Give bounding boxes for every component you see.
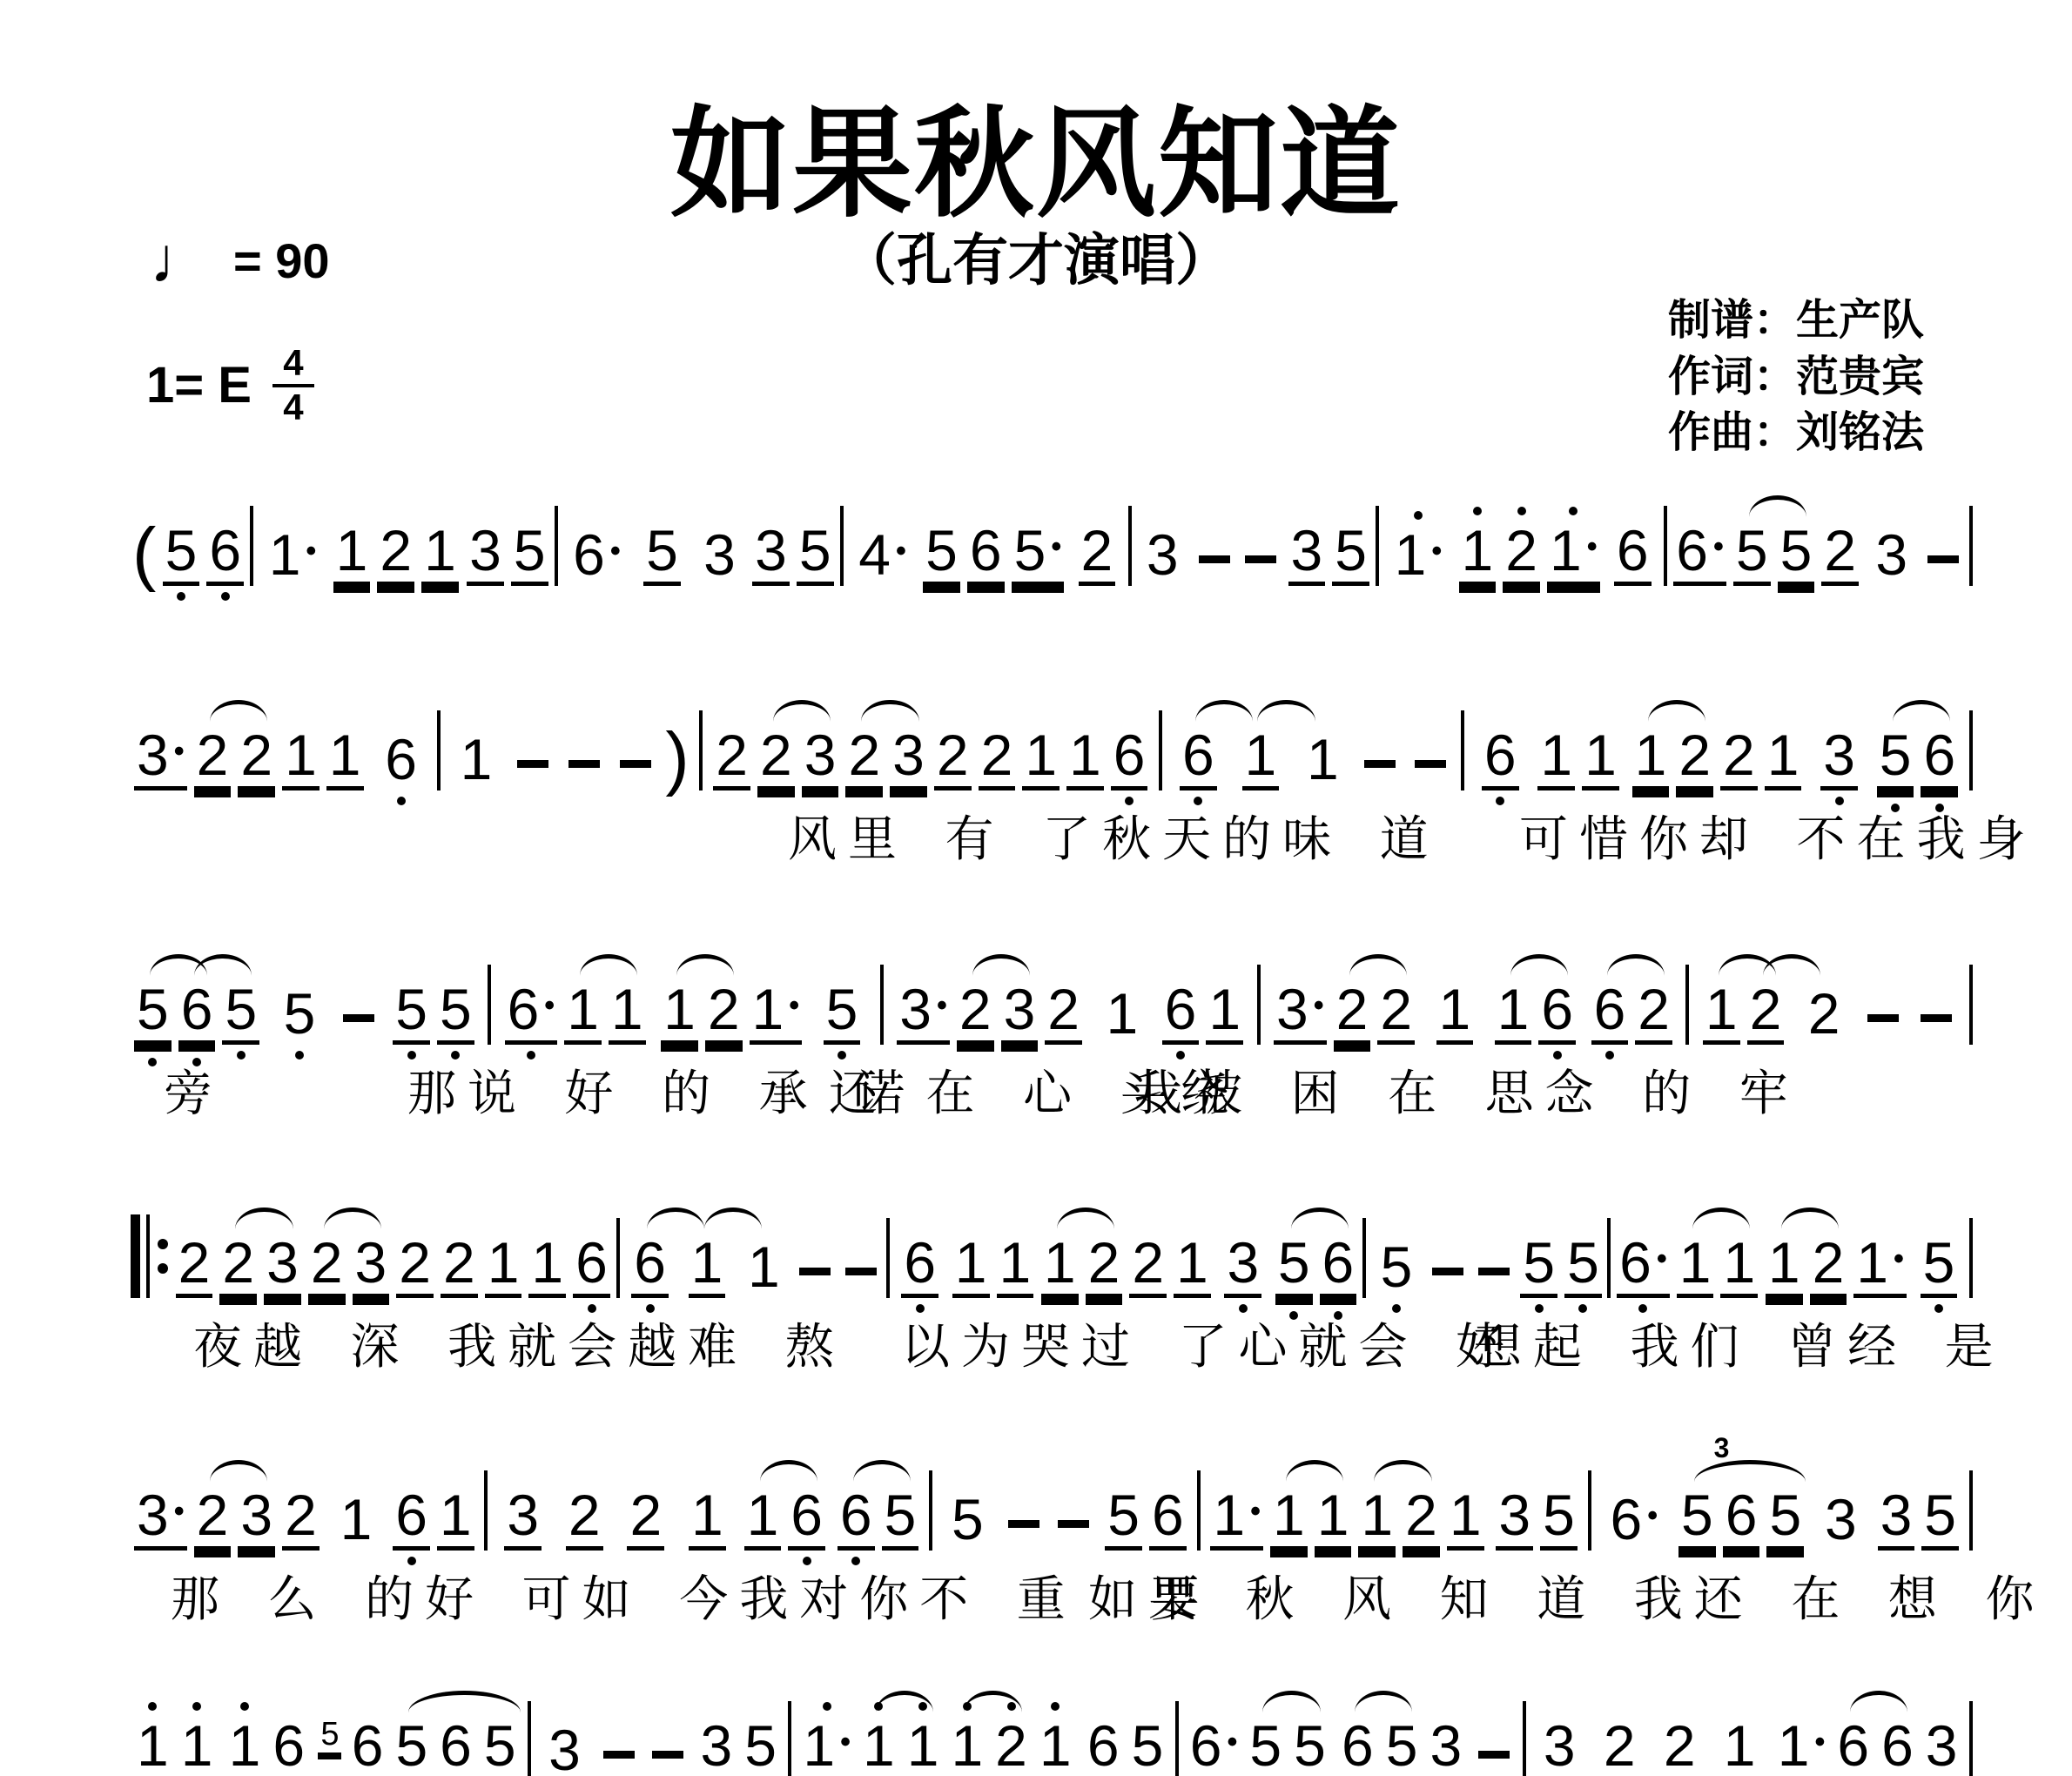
lyrics-line: 夜越 深 我就会越难 熬以为哭过 了心就会 好想起 我们 曾经 是: [0, 1308, 2072, 1371]
note: 6: [1320, 1232, 1357, 1298]
notation-line: 3•232161322116655561•11121356•5365335: [131, 1474, 1974, 1551]
note: 3: [890, 724, 927, 790]
note: 5: [1877, 724, 1914, 790]
note: 5: [1766, 1484, 1804, 1551]
notation-system: 223232211661161112213565556•11121•5夜越 深 …: [0, 1221, 2072, 1298]
beam-group: 56: [1272, 1232, 1360, 1298]
note: 2: [308, 1232, 346, 1298]
beam-group: 16: [1491, 979, 1579, 1045]
octave-dot-below-icon: [221, 592, 230, 601]
augmentation-dot-icon: •: [840, 1726, 851, 1759]
beam-group: 6•11: [501, 979, 649, 1045]
note: 3: [1923, 1715, 1961, 1776]
tie-slur-icon: [1257, 700, 1315, 722]
augmentation-dot-icon: •: [1314, 989, 1324, 1022]
note: 1: [1459, 520, 1497, 586]
note: 6: [349, 1715, 387, 1776]
barline-icon: [1362, 1218, 1366, 1298]
barline-icon: [528, 1701, 531, 1776]
tie-slur-icon: [972, 954, 1030, 976]
beam-group: 3•232: [893, 979, 1086, 1045]
lyrics-segment: 我被 困 在 思念 的 牢: [1134, 1055, 1800, 1125]
note: 6: [1085, 1715, 1122, 1776]
note: 2: [1676, 724, 1713, 790]
lyrics-segment: 可惜你却 不在我身: [1519, 801, 2037, 871]
tie-slur-icon: [1893, 700, 1950, 722]
note: 5: [1275, 1232, 1313, 1298]
note: 2: [176, 1232, 213, 1298]
lyrics-segment: 风里 有 了秋天的味 道: [788, 801, 1440, 871]
note: 5: [511, 520, 548, 586]
note: 1: [997, 1232, 1034, 1298]
note: 5: [882, 1484, 919, 1551]
tie-slur-icon: [1692, 1208, 1750, 1229]
dash-note-icon: [1478, 1268, 1510, 1275]
tie-slur-icon: [1850, 1691, 1907, 1712]
barline-icon: [880, 965, 884, 1045]
octave-dot-above-icon: [192, 1702, 201, 1711]
note: 2: [396, 1232, 434, 1298]
credit-composer: 作曲：刘铭法: [1668, 405, 1924, 461]
dash-note-icon: [1364, 760, 1396, 768]
note: 1: [282, 724, 320, 790]
note: 1: [1495, 979, 1532, 1045]
note: 5: [1129, 1715, 1167, 1776]
barline-icon: [1664, 506, 1667, 586]
note: 3: [353, 1232, 390, 1298]
octave-dot-above-icon: [148, 1702, 157, 1711]
dash-note-icon: [1927, 555, 1959, 563]
note: 5: [1520, 1232, 1557, 1298]
dash-note-icon: [1245, 555, 1276, 563]
barline-icon: [1607, 1218, 1611, 1298]
tie-slur-icon: [853, 1460, 911, 1482]
time-denominator: 4: [283, 389, 303, 427]
note: 1: [948, 1715, 986, 1776]
note: 5: [1332, 520, 1369, 586]
lyrics-line: 风里 有 了秋天的味 道可惜你却 不在我身: [0, 801, 2072, 864]
note: 2: [757, 724, 795, 790]
octave-dot-above-icon: [1051, 1702, 1060, 1711]
augmentation-dot-icon: •: [544, 989, 555, 1022]
note: 6: [206, 520, 244, 586]
notation-line: 5655556•11121•53•2321613•2211662122: [131, 968, 1974, 1045]
tie-slur-icon: [1749, 495, 1806, 517]
note: 5: [1378, 1236, 1416, 1298]
note: 3•: [1274, 979, 1327, 1045]
note: 6: [1834, 1715, 1872, 1776]
note: 5: [1383, 1715, 1421, 1776]
note: 3: [1496, 1484, 1533, 1551]
note: 1: [1206, 979, 1243, 1045]
note: 2: [1045, 979, 1082, 1045]
note: 1: [661, 979, 698, 1045]
notation-system: 3•232161322116655561•11121356•5365335那 么…: [0, 1474, 2072, 1551]
beam-group: 35: [749, 520, 837, 586]
note: 6: [967, 520, 1005, 586]
note: 6: [901, 1232, 938, 1298]
beam-group: 121•: [657, 979, 805, 1045]
note: 3: [546, 1719, 583, 1776]
tie-slur-icon: [1694, 1460, 1806, 1482]
dash-note-icon: [568, 760, 600, 768]
dash-note-icon: [1432, 1268, 1463, 1275]
beam-group: 11: [949, 1232, 1037, 1298]
barline-icon: [1175, 1701, 1179, 1776]
quarter-note-icon: ♩: [150, 228, 214, 293]
tie-slur-icon: [1291, 1208, 1349, 1229]
note: 5: [1921, 1232, 1958, 1298]
notation-system: 1116565653351•11121656•5565332211•663: [0, 1705, 2072, 1776]
tempo-marking: ♩ = 90: [150, 228, 330, 293]
note: 6•: [1617, 1232, 1670, 1298]
note: 5: [643, 520, 681, 586]
tie-slur-icon: [1781, 1208, 1839, 1229]
octave-dot-above-icon: [918, 1702, 927, 1711]
beam-group: 16: [741, 1484, 829, 1551]
note: 3: [238, 1484, 275, 1551]
note: 6: [1149, 1484, 1187, 1551]
note: 2: [1601, 1715, 1638, 1776]
beam-group: 565•: [919, 520, 1067, 586]
barline-icon: [929, 1470, 932, 1551]
notation-system: 3•221161)22323221166116111221356风里 有 了秋天…: [0, 714, 2072, 790]
octave-dot-below-icon: [177, 592, 185, 601]
note: 5: [797, 520, 834, 586]
note: 2: [705, 979, 743, 1045]
note: 2: [1129, 1232, 1167, 1298]
note: 6: [788, 1484, 825, 1551]
barline-icon: [1969, 1470, 1973, 1551]
note: 5: [1921, 1484, 1959, 1551]
note: 5: [1291, 1715, 1329, 1776]
note: 3: [1224, 1232, 1261, 1298]
beam-group: 1•11121: [1207, 1484, 1487, 1551]
note: 3: [1822, 1489, 1860, 1551]
note: 6: [382, 729, 420, 790]
note: 3: [1820, 724, 1858, 790]
beam-group: 61: [1159, 979, 1247, 1045]
tie-slur-icon: [235, 1208, 293, 1229]
note: 6: [838, 1484, 875, 1551]
note: 6: [1723, 1484, 1760, 1551]
beam-group: 62: [1588, 979, 1676, 1045]
note: 5: [949, 1489, 986, 1551]
note: 6: [270, 1715, 307, 1776]
note: 6: [437, 1715, 474, 1776]
barline-icon: [555, 506, 558, 586]
augmentation-dot-icon: •: [1647, 1499, 1658, 1532]
note: 1: [689, 1484, 726, 1551]
note: 1: [226, 1715, 264, 1776]
note: 5: [1105, 1484, 1142, 1551]
beam-group: 61: [389, 1484, 477, 1551]
barline-icon: [1257, 965, 1261, 1045]
beam-group: 35: [1492, 1484, 1580, 1551]
dash-note-icon: [1415, 760, 1446, 768]
note: 3: [697, 1715, 735, 1776]
augmentation-dot-icon: •: [1227, 1726, 1237, 1759]
credits-block: 制谱：生产队 作词：范贵宾 作曲：刘铭法: [1668, 293, 1924, 461]
note: 3•: [897, 979, 950, 1045]
note: 1: [458, 729, 495, 790]
augmentation-dot-icon: •: [1894, 1242, 1904, 1275]
octave-dot-above-icon: [823, 1702, 831, 1711]
barline-icon: [1969, 1218, 1973, 1298]
note: 1: [689, 1232, 726, 1298]
barline-icon: [1969, 965, 1973, 1045]
note: 1•: [1392, 524, 1445, 586]
note: 5: [222, 979, 259, 1045]
note: 6•: [1608, 1489, 1661, 1551]
sheet-music-page: { "title": "如果秋风知道", "subtitle": "（孔有才演唱…: [0, 0, 2072, 1776]
augmentation-dot-icon: •: [610, 535, 621, 568]
note: 6•: [1673, 520, 1726, 586]
note: 3: [701, 524, 738, 586]
dash-note-icon: [1058, 1520, 1089, 1528]
credit-arranger: 制谱：生产队: [1668, 293, 1924, 349]
note: 1: [1720, 1232, 1758, 1298]
beam-group: 3•2211: [131, 724, 367, 790]
note: 1: [437, 1484, 474, 1551]
note: 1: [338, 1489, 375, 1551]
note: 6: [1921, 724, 1958, 790]
note: 6: [1614, 520, 1652, 586]
note: 6: [1162, 979, 1200, 1045]
note: 2: [992, 1715, 1030, 1776]
note: 2: [1635, 979, 1672, 1045]
tie-slur-icon: [676, 954, 734, 976]
notation-line: (561•121356•53354•565•23351•121•66•5523: [131, 509, 1974, 586]
key-value: 1= E: [146, 356, 252, 414]
note: 1•: [1210, 1484, 1263, 1551]
note: 1: [1315, 1484, 1352, 1551]
page-title: 如果秋风知道: [0, 68, 2072, 240]
beam-group: 2232322116: [172, 1232, 614, 1298]
note: 1: [905, 1715, 942, 1776]
augmentation-dot-icon: •: [306, 535, 316, 568]
tie-slur-icon: [210, 700, 267, 722]
barline-icon: [1376, 506, 1379, 586]
note: 1•: [266, 524, 320, 586]
beam-group: 65: [834, 1484, 922, 1551]
tie-slur-icon: [1648, 700, 1705, 722]
note: 1: [1041, 1232, 1079, 1298]
beam-group: 35: [1874, 1484, 1962, 1551]
tie-slur-icon: [1262, 1691, 1320, 1712]
note: 2: [1810, 1232, 1847, 1298]
note: 5: [134, 979, 172, 1045]
note: 2: [1334, 979, 1371, 1045]
note: 2: [1377, 979, 1415, 1045]
note: 2: [713, 724, 750, 790]
note: 1: [333, 520, 371, 586]
note: 1: [485, 1232, 522, 1298]
note: 6: [1482, 724, 1519, 790]
credit-lyricist: 作词：范贵宾: [1668, 349, 1924, 406]
note: 6•: [1187, 1715, 1241, 1776]
barline-icon: [1523, 1701, 1526, 1776]
note: 6: [631, 1232, 669, 1298]
time-signature: 4 4: [272, 345, 314, 427]
beam-group: 35: [694, 1715, 782, 1776]
octave-dot-above-icon: [240, 1702, 249, 1711]
tie-slur-icon: [1763, 954, 1820, 976]
tie-slur-icon: [210, 1460, 267, 1482]
note: 1: [1242, 724, 1280, 790]
note: 2: [934, 724, 972, 790]
note: 1: [1582, 724, 1619, 790]
barline-icon: [1197, 1470, 1201, 1551]
barline-icon: [840, 506, 844, 586]
augmentation-dot-icon: •: [174, 1495, 185, 1528]
tempo-value: = 90: [233, 232, 330, 289]
lyrics-segment: 如果 秋 风 知 道 我还 在 想 你 他会: [1088, 1561, 2072, 1631]
note: 6: [573, 1232, 610, 1298]
note: 1: [564, 979, 602, 1045]
lyrics-line: 旁那说 好 的 承 诺还 在 心 头绕我被 困 在 思念 的 牢: [0, 1055, 2072, 1118]
octave-dot-above-icon: [1517, 507, 1526, 515]
note: 1•: [1547, 520, 1600, 586]
note: 2: [1821, 520, 1859, 586]
note: 5: [1778, 520, 1815, 586]
lyrics-segment: 夜越 深 我就会越难 熬: [193, 1308, 845, 1378]
note: 5•: [1012, 520, 1065, 586]
note: 6: [1538, 979, 1576, 1045]
barline-icon: [1461, 710, 1464, 790]
beam-group: 565: [131, 979, 263, 1045]
barline-icon: [437, 710, 441, 790]
dash-note-icon: [1478, 1751, 1510, 1759]
note: 3: [1427, 1715, 1464, 1776]
barline-icon: [1969, 1701, 1973, 1776]
note: 1: [1537, 724, 1575, 790]
augmentation-dot-icon: •: [1814, 1726, 1825, 1759]
note: 2: [979, 724, 1016, 790]
note: 3•: [134, 1484, 187, 1551]
note: 1•: [1775, 1715, 1828, 1776]
beam-group: 35: [1285, 520, 1373, 586]
tie-slur-icon: [861, 700, 918, 722]
note: 3: [1144, 524, 1181, 586]
note: 2: [845, 724, 883, 790]
note: 3: [802, 724, 839, 790]
beam-group: 11: [131, 1715, 219, 1776]
beam-group: 56: [159, 520, 247, 586]
note: 1•: [800, 1715, 853, 1776]
dash-note-icon: [603, 1751, 635, 1759]
beam-group: 6•552: [1670, 520, 1862, 586]
beam-group: 11: [1534, 724, 1622, 790]
note: 1: [1703, 979, 1740, 1045]
augmentation-dot-icon: •: [174, 735, 185, 768]
dash-note-icon: [652, 1751, 683, 1759]
octave-dot-above-icon: [1473, 507, 1482, 515]
note: 3: [752, 520, 790, 586]
beam-group: 1•11121: [797, 1715, 1077, 1776]
lyrics-segment: 以为哭过 了心就会 好: [901, 1308, 1516, 1378]
note: 1: [744, 1484, 782, 1551]
time-numerator: 4: [283, 345, 303, 382]
note: 1: [1436, 979, 1474, 1045]
tie-slur-icon: [580, 954, 637, 976]
notation-line: 1116565653351•11121656•5565332211•663: [131, 1705, 1974, 1776]
note: 1•: [1853, 1232, 1907, 1298]
beam-group: 121: [330, 520, 462, 586]
dash-note-icon: [845, 1268, 877, 1275]
note: 1: [609, 979, 646, 1045]
note: 1: [1103, 983, 1140, 1045]
beam-group: 3•232: [131, 1484, 323, 1551]
note: 2: [282, 1484, 320, 1551]
beam-group: 16: [223, 1715, 311, 1776]
note: 53: [1678, 1484, 1716, 1551]
beam-group: 1221: [1038, 1232, 1214, 1298]
note: 2: [1086, 1232, 1123, 1298]
beam-group: 55: [389, 979, 477, 1045]
beam-group: 121•: [1456, 520, 1604, 586]
tie-slur-icon: [1510, 954, 1568, 976]
augmentation-dot-icon: •: [1431, 535, 1442, 568]
octave-dot-above-icon: [1007, 1702, 1016, 1711]
augmentation-dot-icon: •: [1250, 1495, 1261, 1528]
lyrics-line: 那 么 的好 可如 今我对你不 重 要如果 秋 风 知 道 我还 在 想 你 他…: [0, 1561, 2072, 1624]
notation-system: 5655556•11121•53•2321613•2211662122旁那说 好…: [0, 968, 2072, 1045]
note: 2: [1747, 979, 1785, 1045]
note: 3: [504, 1484, 542, 1551]
barline-icon: [699, 710, 703, 790]
beam-group: 3•22: [1270, 979, 1418, 1045]
note: 5: [1733, 520, 1771, 586]
note: 1: [178, 1715, 216, 1776]
note: 2: [194, 1484, 232, 1551]
tie-slur-icon: [1286, 1460, 1343, 1482]
augmentation-dot-icon: •: [896, 535, 906, 568]
tie-slur-icon: [1607, 954, 1665, 976]
beam-group: 56: [1874, 724, 1961, 790]
note: 6•: [505, 979, 558, 1045]
note: 2: [441, 1232, 478, 1298]
note: 5: [281, 983, 319, 1045]
note: 1: [952, 1232, 990, 1298]
note: 6: [1879, 1715, 1916, 1776]
note: 6: [1591, 979, 1629, 1045]
note: 1: [1358, 1484, 1396, 1551]
beam-group: 6•11: [1613, 1232, 1761, 1298]
tie-slur-icon: [1349, 954, 1407, 976]
note: 3: [1288, 520, 1326, 586]
note: 1: [326, 724, 364, 790]
beam-group: 5365: [1675, 1484, 1807, 1551]
notation-line: 223232211661161112213565556•11121•5: [131, 1221, 1974, 1298]
key-signature: 1= E 4 4: [146, 345, 314, 427]
tie-slur-icon: [324, 1208, 381, 1229]
barline-icon: [1588, 1470, 1591, 1551]
note: 6: [178, 979, 216, 1045]
lyrics-segment: 想起 我们 曾经 是: [1473, 1308, 2005, 1378]
augmentation-dot-icon: •: [1657, 1242, 1667, 1275]
barline-icon: [1128, 506, 1132, 586]
tie-slur-icon: [408, 1691, 520, 1712]
lyrics-segment: 旁: [164, 1055, 224, 1125]
note: 6: [1111, 724, 1148, 790]
tie-slur-icon: [1374, 1460, 1431, 1482]
notation-line: 3•221161)22323221166116111221356: [131, 714, 1974, 790]
augmentation-dot-icon: •: [1713, 530, 1724, 563]
note: 2: [957, 979, 994, 1045]
dash-note-icon: [1199, 555, 1230, 563]
note: 6: [1339, 1715, 1376, 1776]
